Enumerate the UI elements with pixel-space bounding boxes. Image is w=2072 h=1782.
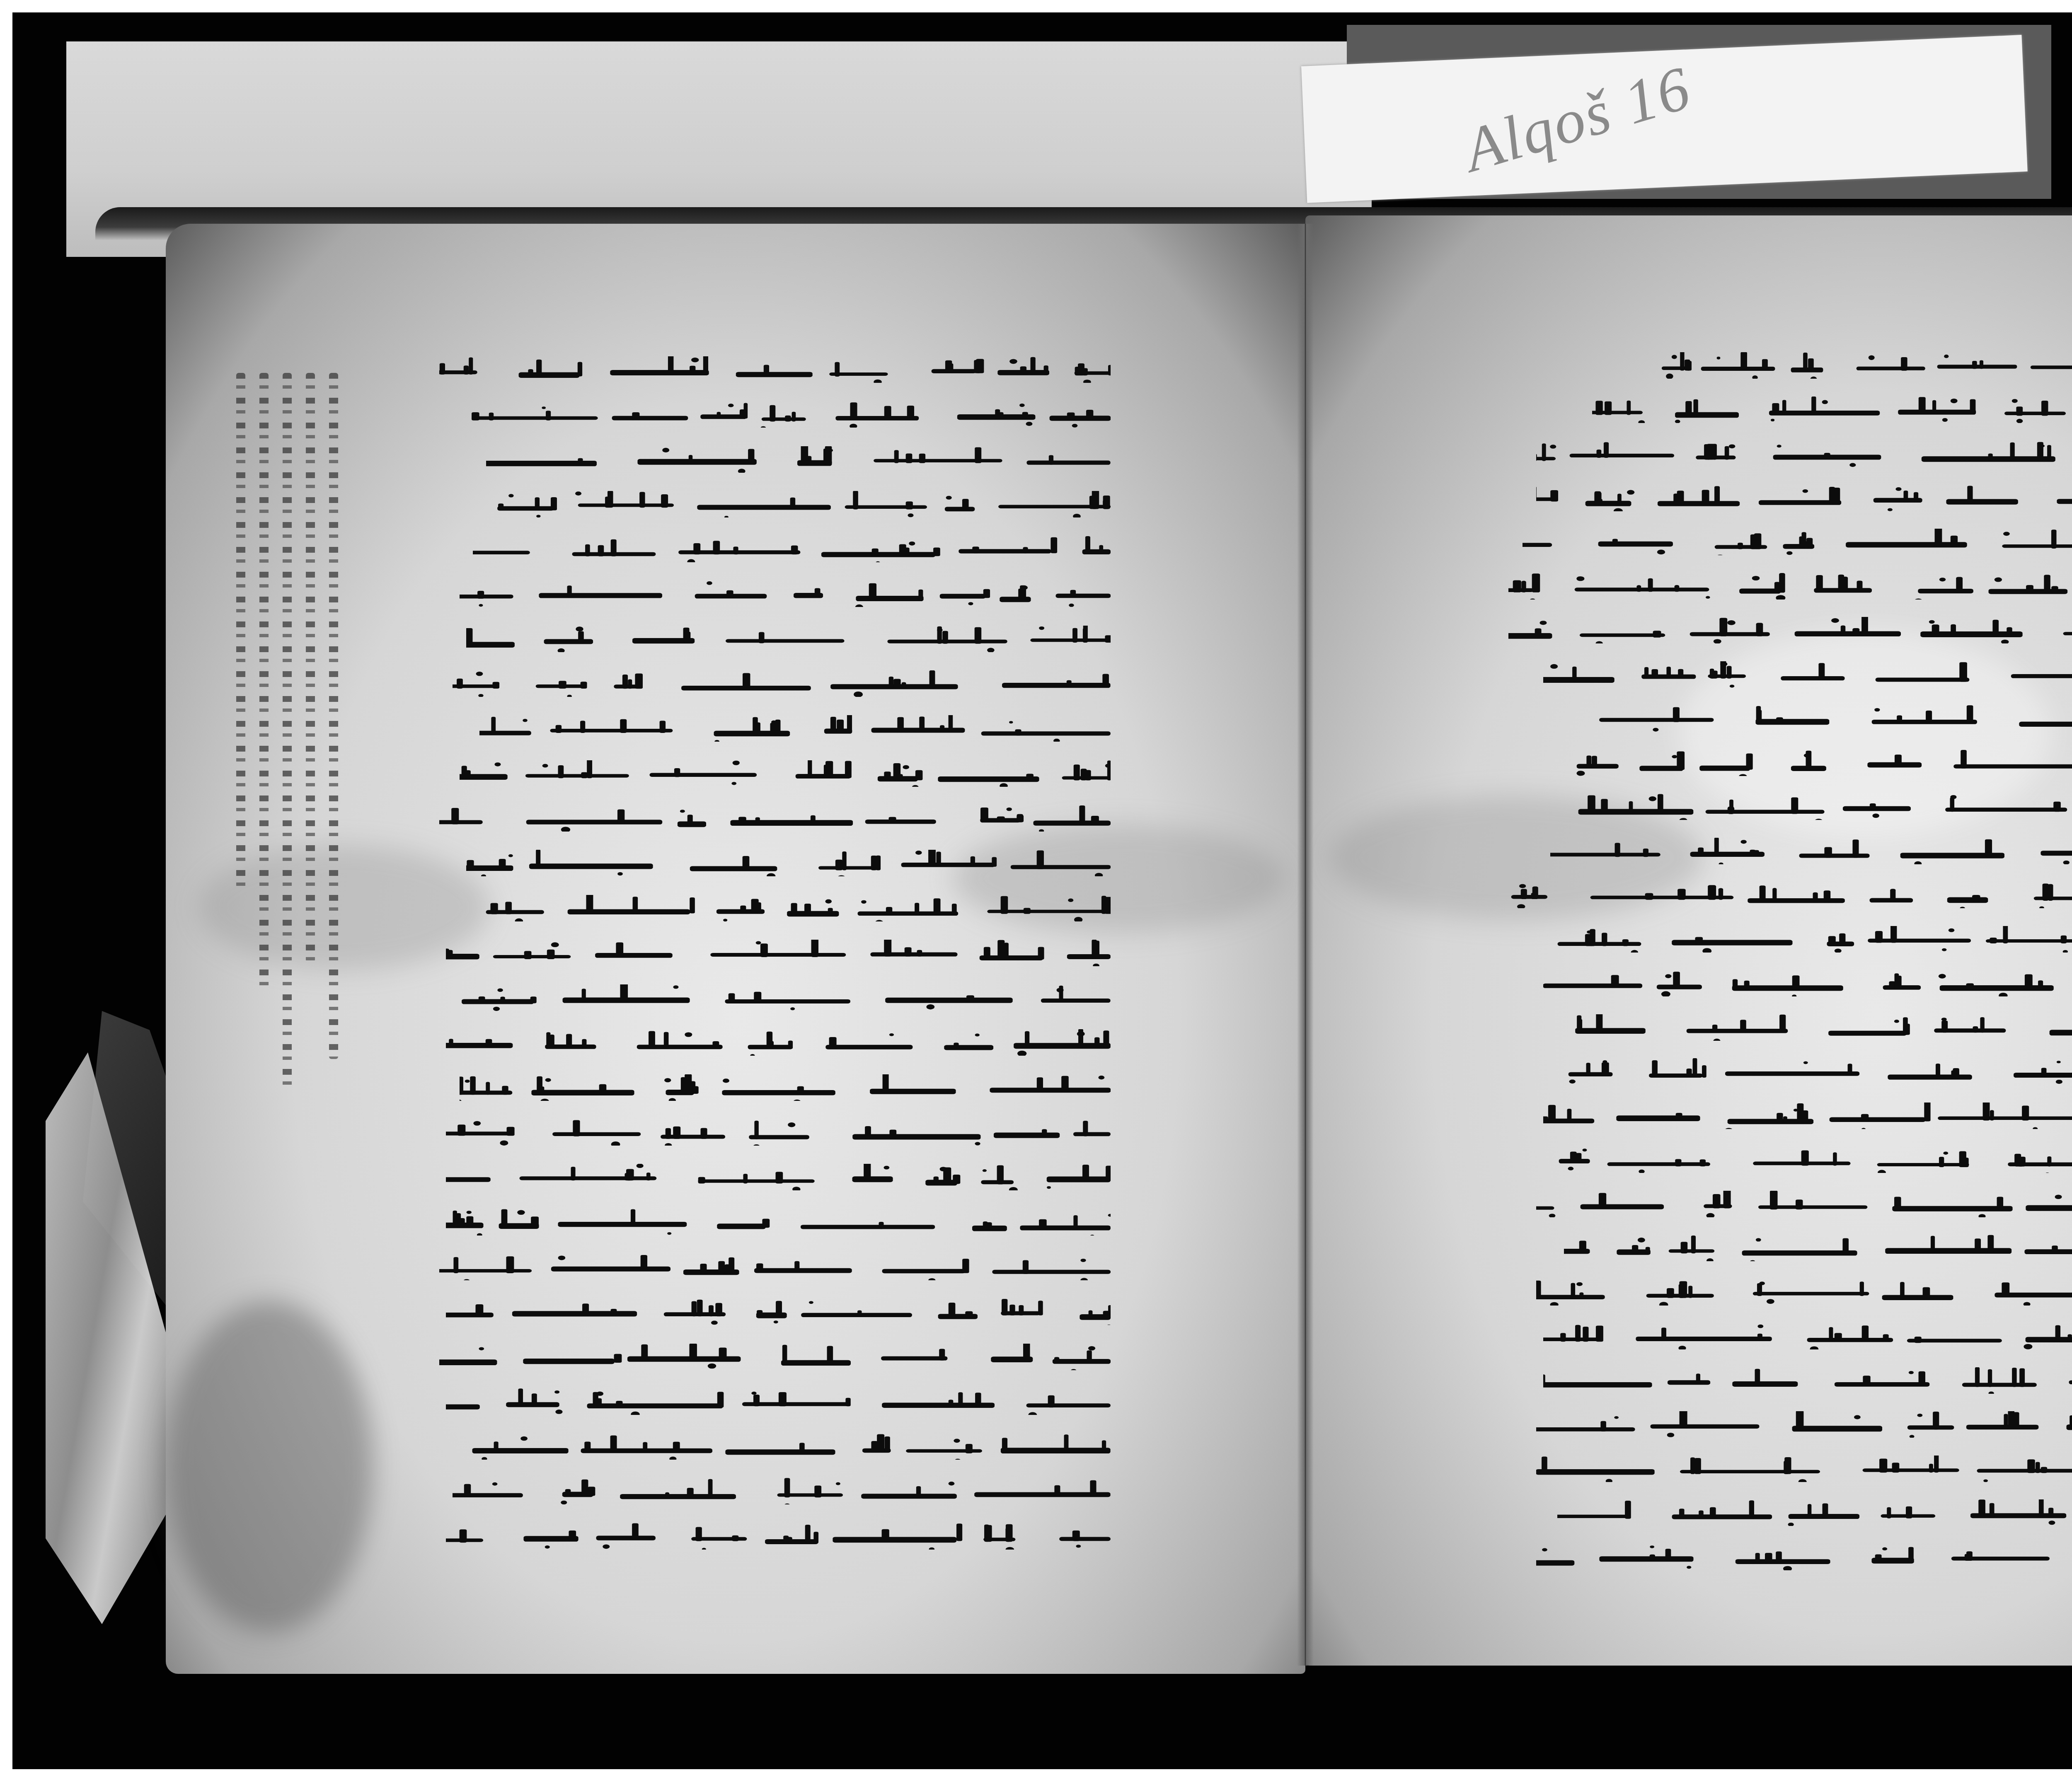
script-line (446, 940, 1111, 966)
script-line (439, 1254, 1111, 1280)
script-line (1536, 926, 2072, 953)
script-line (479, 895, 1111, 921)
script-line (439, 356, 1111, 383)
margin-note-column (283, 373, 292, 1089)
script-line (446, 1119, 1111, 1146)
script-line (460, 580, 1111, 607)
script-line (1550, 838, 2072, 864)
script-line (1543, 1103, 2072, 1129)
script-line (1543, 661, 2072, 688)
script-line (1557, 793, 2072, 820)
script-line (1557, 1499, 2072, 1526)
script-line (479, 715, 1111, 742)
script-line (1508, 573, 2072, 600)
script-line (473, 536, 1111, 562)
margin-note-column (236, 373, 245, 895)
script-line (446, 1523, 1111, 1550)
script-line (460, 1074, 1111, 1101)
script-line (1543, 1323, 2072, 1349)
script-line (453, 984, 1111, 1011)
margin-note-column (259, 373, 269, 992)
text-block-left (439, 356, 1111, 1550)
photo-subject: Open Syriac manuscript, two facing pages… (0, 0, 0, 0)
margin-note-column (329, 373, 338, 1059)
marginal-notes-left (236, 373, 373, 1119)
script-line (1536, 485, 2072, 511)
script-line (446, 1164, 1111, 1190)
script-line (446, 1209, 1111, 1236)
script-line (1536, 1456, 2072, 1482)
text-block-right (1508, 352, 2072, 1570)
script-line (1592, 397, 2072, 423)
script-line (439, 1344, 1111, 1370)
script-line (453, 1478, 1111, 1504)
script-line (1536, 750, 2072, 776)
script-line (1536, 1191, 2072, 1217)
script-line (1543, 705, 2072, 732)
script-line (1536, 1279, 2072, 1306)
script-line (460, 401, 1111, 428)
book-gutter (1297, 224, 1314, 1666)
script-line (1543, 1058, 2072, 1085)
script-line (1536, 440, 2072, 467)
script-line (466, 626, 1111, 652)
script-line (1557, 1014, 2072, 1041)
script-line (466, 850, 1111, 876)
script-line (466, 491, 1111, 517)
script-line (1543, 970, 2072, 996)
script-line (1564, 1235, 2072, 1261)
script-line (439, 805, 1111, 832)
script-line (1536, 1544, 2072, 1570)
script-line (1523, 529, 2072, 555)
shelfmark-text: Alqoš 16 (1456, 52, 1699, 186)
script-line (1550, 1146, 2072, 1173)
script-line (446, 1029, 1111, 1056)
script-line (446, 1388, 1111, 1415)
script-line (453, 1433, 1111, 1460)
script-line (1508, 882, 2072, 908)
script-line (1508, 617, 2072, 643)
script-line (1536, 1411, 2072, 1438)
script-line (1662, 352, 2072, 379)
script-line (446, 1298, 1111, 1325)
script-line (460, 760, 1111, 787)
script-line (1543, 1367, 2072, 1394)
script-line (453, 670, 1111, 697)
margin-note-column (306, 373, 315, 962)
script-line (486, 446, 1111, 473)
